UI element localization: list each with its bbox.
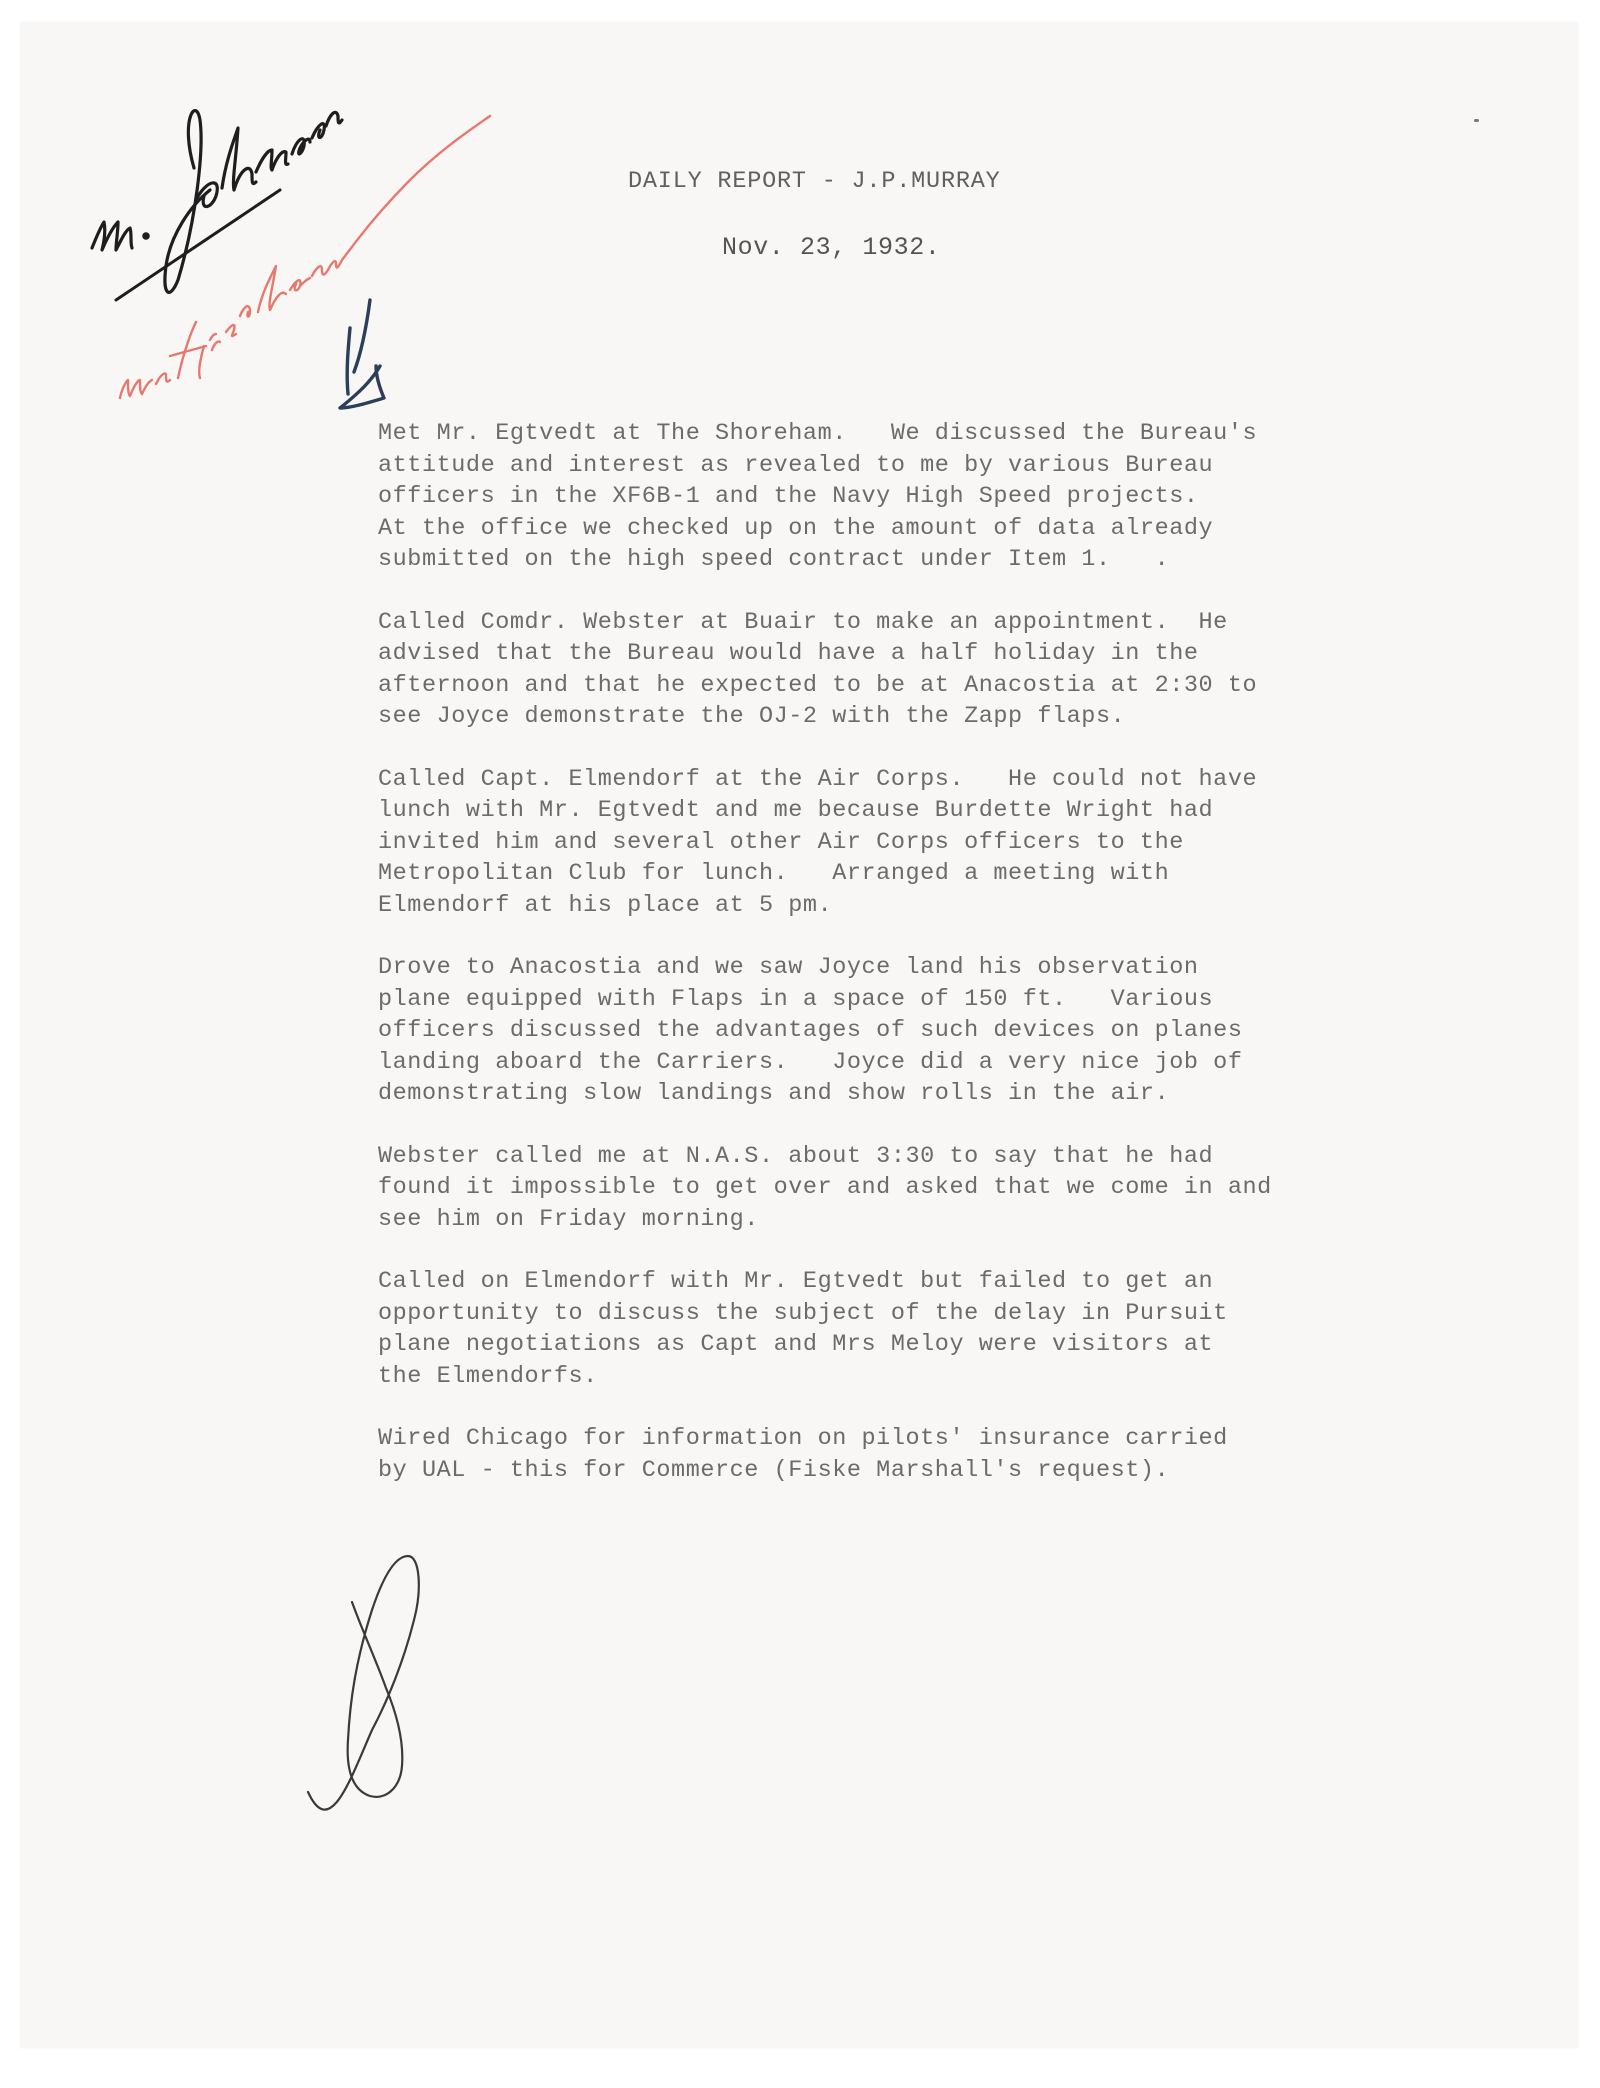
text-line: see him on Friday morning. xyxy=(378,1204,1378,1236)
text-line: Webster called me at N.A.S. about 3:30 t… xyxy=(378,1141,1378,1173)
paragraph: Called Capt. Elmendorf at the Air Corps.… xyxy=(378,764,1378,922)
text-line: Called Comdr. Webster at Buair to make a… xyxy=(378,607,1378,639)
text-line: officers in the XF6B-1 and the Navy High… xyxy=(378,481,1378,513)
text-line: lunch with Mr. Egtvedt and me because Bu… xyxy=(378,795,1378,827)
text-line: afternoon and that he expected to be at … xyxy=(378,670,1378,702)
text-line: attitude and interest as revealed to me … xyxy=(378,450,1378,482)
report-date: Nov. 23, 1932. xyxy=(722,233,940,262)
text-line: At the office we checked up on the amoun… xyxy=(378,513,1378,545)
text-line: found it impossible to get over and aske… xyxy=(378,1172,1378,1204)
text-line: officers discussed the advantages of suc… xyxy=(378,1015,1378,1047)
text-line: Elmendorf at his place at 5 pm. xyxy=(378,890,1378,922)
text-line: submitted on the high speed contract und… xyxy=(378,544,1378,576)
report-body: Met Mr. Egtvedt at The Shoreham. We disc… xyxy=(378,418,1378,1517)
text-line: demonstrating slow landings and show rol… xyxy=(378,1078,1378,1110)
text-line: plane equipped with Flaps in a space of … xyxy=(378,984,1378,1016)
text-line: Wired Chicago for information on pilots'… xyxy=(378,1423,1378,1455)
paragraph: Wired Chicago for information on pilots'… xyxy=(378,1423,1378,1486)
report-title: DAILY REPORT - J.P.MURRAY xyxy=(628,168,1001,195)
paragraph: Met Mr. Egtvedt at The Shoreham. We disc… xyxy=(378,418,1378,576)
text-line: Drove to Anacostia and we saw Joyce land… xyxy=(378,952,1378,984)
paragraph: Webster called me at N.A.S. about 3:30 t… xyxy=(378,1141,1378,1236)
text-line: opportunity to discuss the subject of th… xyxy=(378,1298,1378,1330)
paragraph: Drove to Anacostia and we saw Joyce land… xyxy=(378,952,1378,1110)
text-line: Metropolitan Club for lunch. Arranged a … xyxy=(378,858,1378,890)
text-line: plane negotiations as Capt and Mrs Meloy… xyxy=(378,1329,1378,1361)
text-line: by UAL - this for Commerce (Fiske Marsha… xyxy=(378,1455,1378,1487)
paper-speck xyxy=(1474,119,1479,122)
text-line: the Elmendorfs. xyxy=(378,1361,1378,1393)
text-line: Called Capt. Elmendorf at the Air Corps.… xyxy=(378,764,1378,796)
text-line: invited him and several other Air Corps … xyxy=(378,827,1378,859)
text-line: see Joyce demonstrate the OJ-2 with the … xyxy=(378,701,1378,733)
text-line: Met Mr. Egtvedt at The Shoreham. We disc… xyxy=(378,418,1378,450)
paragraph: Called on Elmendorf with Mr. Egtvedt but… xyxy=(378,1266,1378,1392)
text-line: advised that the Bureau would have a hal… xyxy=(378,638,1378,670)
text-line: Called on Elmendorf with Mr. Egtvedt but… xyxy=(378,1266,1378,1298)
paragraph: Called Comdr. Webster at Buair to make a… xyxy=(378,607,1378,733)
text-line: landing aboard the Carriers. Joyce did a… xyxy=(378,1047,1378,1079)
